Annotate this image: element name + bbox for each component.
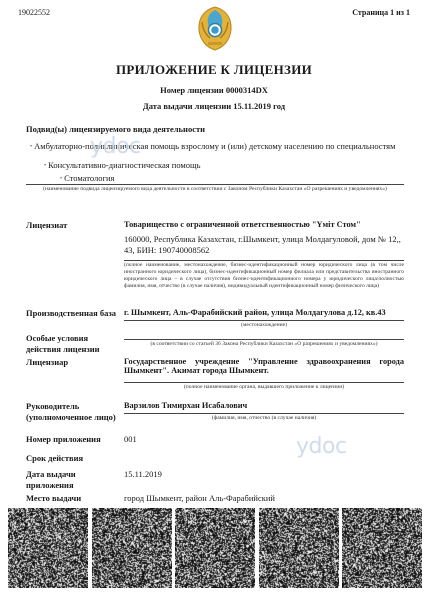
licensee-label: Лицензиат: [26, 220, 67, 231]
head-caption: (фамилия, имя, отчество (в случае наличи…: [124, 415, 404, 422]
page-title: ПРИЛОЖЕНИЕ К ЛИЦЕНЗИИ: [0, 62, 428, 78]
license-number: Номер лицензии 0000314DX: [0, 85, 428, 95]
production-base-value: г. Шымкент, Аль-Фарабийский район, улица…: [124, 308, 386, 317]
licensee-name: Товарищество с ограниченной ответственно…: [124, 220, 361, 229]
special-conditions-label: Особые условия действия лицензии: [26, 333, 116, 355]
head-label: Руководитель (уполномоченное лицо): [26, 401, 126, 423]
watermark: ydoc: [296, 434, 347, 459]
subtype-item: •Амбулаторно-поликлиническая помощь взро…: [30, 141, 395, 151]
divider: [26, 184, 404, 185]
bullet-icon: •: [44, 163, 46, 169]
appendix-number-value: 001: [124, 434, 137, 445]
divider: [124, 260, 404, 261]
subtypes-heading: Подвид(ы) лицензируемого вида деятельнос…: [26, 124, 205, 134]
2d-barcode-icon: [259, 508, 339, 588]
divider: [124, 382, 404, 383]
bullet-icon: •: [60, 176, 62, 182]
divider: [124, 320, 404, 321]
licensor-value: Государственное учреждение "Управление з…: [124, 357, 404, 375]
licensor-label: Лицензиар: [26, 357, 68, 368]
2d-barcode-icon: [92, 508, 172, 588]
divider: [124, 339, 404, 340]
head-value: Варзилов Тимирхан Исабалович: [124, 401, 247, 410]
licensee-caption: (полное наименование, местонахождение, б…: [124, 262, 404, 290]
2d-barcode-icon: [175, 508, 255, 588]
divider: [124, 413, 404, 414]
2d-barcode-icon: [342, 508, 422, 588]
verification-codes: [8, 508, 420, 590]
production-base-label: Производственная база: [26, 308, 116, 319]
place-value: город Шымкент, район Аль-Фарабийский: [124, 493, 275, 504]
subtype-label: Стоматология: [64, 173, 114, 183]
page-number: Страница 1 из 1: [352, 8, 410, 17]
production-base-caption: (местонахождение): [124, 322, 404, 329]
license-date: Дата выдачи лицензии 15.11.2019 год: [0, 101, 428, 111]
licensee-address: 160000, Республика Казахстан, г.Шымкент,…: [124, 234, 406, 256]
subtype-item: •Стоматология: [60, 173, 114, 183]
licensor-caption: (полное наименование органа, выдавшего п…: [124, 384, 404, 391]
place-label: Место выдачи: [26, 493, 81, 504]
appendix-date-label: Дата выдачи приложения: [26, 469, 116, 491]
appendix-number-label: Номер приложения: [26, 434, 101, 445]
subtype-label: Консультативно-диагностическая помощь: [48, 160, 200, 170]
appendix-date-value: 15.11.2019: [124, 469, 162, 480]
subtype-label: Амбулаторно-поликлиническая помощь взрос…: [34, 141, 395, 151]
state-emblem-icon: [194, 4, 236, 54]
2d-barcode-icon: [8, 508, 88, 588]
bullet-icon: •: [30, 144, 32, 150]
subtypes-caption: (наименование подвида лицензируемого вид…: [22, 186, 408, 193]
watermark: ydoc: [90, 134, 141, 159]
special-conditions-caption: (в соответствии со статьей 36 Закона Рес…: [124, 341, 404, 348]
validity-label: Срок действия: [26, 453, 83, 464]
subtype-item: •Консультативно-диагностическая помощь: [44, 160, 200, 170]
document-id: 19022552: [18, 8, 50, 17]
